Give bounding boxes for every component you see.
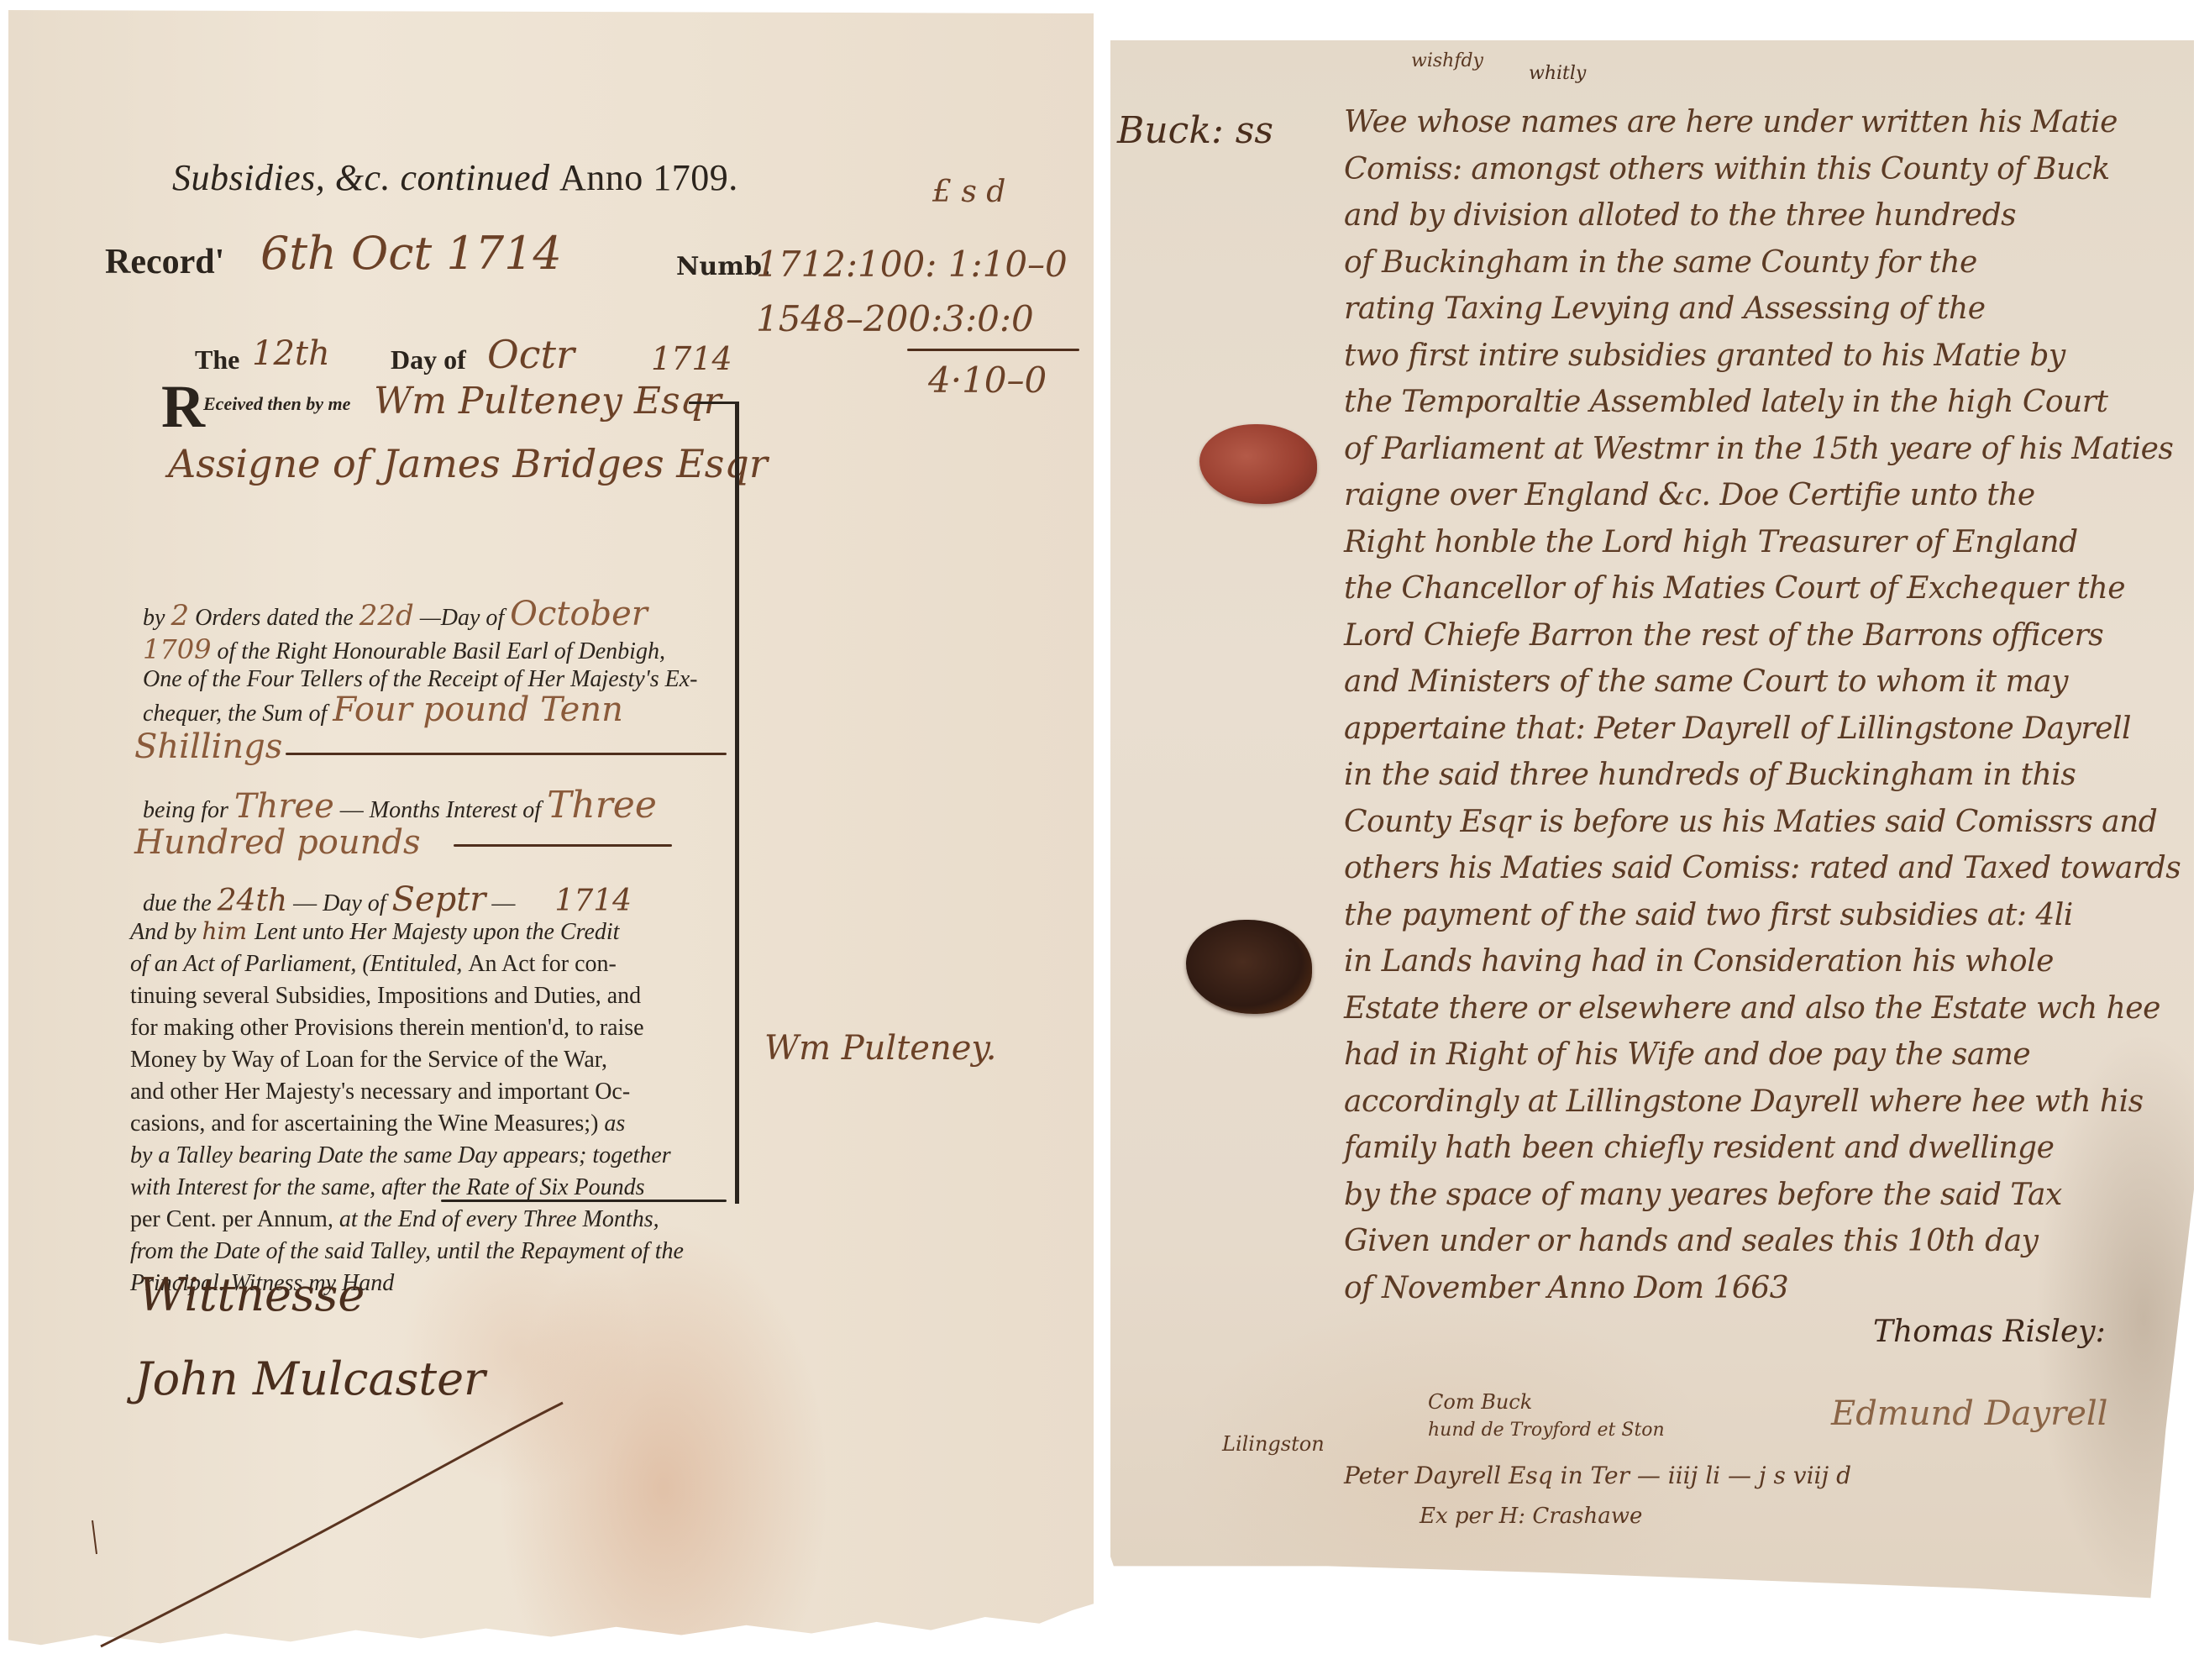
footer-entry: Peter Dayrell Esq in Ter — iiij li — j s… bbox=[1344, 1462, 1851, 1489]
manuscript-line: appertaine that: Peter Dayrell of Lillin… bbox=[1344, 711, 2131, 746]
act-text-line: Money by Way of Loan for the Service of … bbox=[130, 1044, 727, 1076]
manuscript-line: the Chancellor of his Maties Court of Ex… bbox=[1344, 571, 2125, 606]
manuscript-line: two first intire subsidies granted to hi… bbox=[1344, 339, 2065, 373]
manuscript-line: by the space of many yeares before the s… bbox=[1344, 1178, 2062, 1212]
manuscript-line: in Lands having had in Consideration his… bbox=[1344, 944, 2054, 979]
manuscript-line: Given under or hands and seales this 10t… bbox=[1344, 1224, 2039, 1258]
interest-rule bbox=[454, 844, 672, 847]
act-text-line: and other Her Majesty's necessary and im… bbox=[130, 1076, 727, 1108]
received-printed: Eceived then by me bbox=[203, 393, 350, 415]
manuscript-line: rating Taxing Levying and Assessing of t… bbox=[1344, 291, 1986, 326]
heading-year: Anno 1709. bbox=[559, 157, 738, 198]
manuscript-line: raigne over England &c. Doe Certifie unt… bbox=[1344, 478, 2035, 512]
account-row: 1712:100: 1:10–0 bbox=[756, 244, 1068, 285]
interest-amount: Hundred pounds bbox=[134, 823, 420, 862]
heading-italic: Subsidies, &c. continued bbox=[172, 157, 550, 198]
total-rule bbox=[907, 349, 1079, 351]
witness-label: Wittnesse bbox=[139, 1268, 365, 1321]
act-text-line: for making other Provisions therein ment… bbox=[130, 1012, 727, 1044]
day-of-label: Day of bbox=[391, 344, 466, 375]
document-heading: Subsidies, &c. continued Anno 1709. bbox=[172, 156, 738, 199]
orders-line-1: by 2 Orders dated the 22d —Day of Octobe… bbox=[143, 598, 648, 634]
manuscript-line: had in Right of his Wife and doe pay the… bbox=[1344, 1037, 2030, 1072]
drop-cap-r: R bbox=[161, 376, 205, 437]
act-text-line: And by him Lent unto Her Majesty upon th… bbox=[130, 916, 727, 948]
interlinear-note: wishfdy bbox=[1411, 50, 1483, 71]
county-margin: Buck: ss bbox=[1117, 109, 1273, 152]
footer-county: Com Buck bbox=[1428, 1390, 1532, 1414]
day-number: 12th bbox=[252, 334, 330, 373]
footer-exam: Ex per H: Crashawe bbox=[1420, 1504, 1642, 1529]
record-label: Record' bbox=[105, 242, 224, 282]
act-text-line: casions, and for ascertaining the Wine M… bbox=[130, 1108, 727, 1140]
manuscript-line: of November Anno Dom 1663 bbox=[1344, 1271, 1788, 1305]
day-year: 1714 bbox=[651, 340, 732, 377]
signature-risley: Thomas Risley: bbox=[1873, 1315, 2106, 1349]
frame-right-rule bbox=[735, 402, 739, 1204]
pulteney-signature: Wm Pulteney. bbox=[764, 1029, 996, 1068]
footer-place: Lilingston bbox=[1222, 1432, 1325, 1456]
manuscript-line: and Ministers of the same Court to whom … bbox=[1344, 664, 2068, 699]
manuscript-line: in the said three hundreds of Buckingham… bbox=[1344, 758, 2076, 792]
manuscript-line: accordingly at Lillingstone Dayrell wher… bbox=[1344, 1084, 2144, 1119]
manuscript-line: Lord Chiefe Barron the rest of the Barro… bbox=[1344, 618, 2103, 653]
manuscript-line: Comiss: amongst others within this Count… bbox=[1344, 152, 2110, 186]
manuscript-line: of Parliament at Westmr in the 15th year… bbox=[1344, 432, 2173, 466]
due-line: due the 24th — Day of Septr — 1714 bbox=[143, 884, 632, 920]
sum-shillings: Shillings bbox=[134, 727, 282, 766]
manuscript-line: family hath been chiefly resident and dw… bbox=[1344, 1131, 2054, 1165]
footer-hundred: hund de Troyford et Ston bbox=[1428, 1420, 1665, 1441]
day-month: Octr bbox=[487, 332, 575, 377]
act-text-line: by a Talley bearing Date the same Day ap… bbox=[130, 1140, 727, 1172]
manuscript-line: the payment of the said two first subsid… bbox=[1344, 898, 2073, 932]
act-text-line: from the Date of the said Talley, until … bbox=[130, 1236, 727, 1268]
witness-rule bbox=[441, 1200, 727, 1202]
manuscript-line: others his Maties said Comiss: rated and… bbox=[1344, 851, 2181, 885]
accounts-total: 4·10–0 bbox=[928, 360, 1047, 401]
orders-line-2: 1709 of the Right Honourable Basil Earl … bbox=[143, 633, 665, 668]
frame-top-rule bbox=[689, 402, 739, 404]
manuscript-line: County Esqr is before us his Maties said… bbox=[1344, 805, 2157, 839]
received-name: Wm Pulteney Esqr bbox=[374, 380, 722, 423]
assignee-name: Assigne of James Bridges Esqr bbox=[168, 441, 768, 486]
sum-rule bbox=[286, 753, 727, 755]
act-text-block: And by him Lent unto Her Majesty upon th… bbox=[130, 916, 727, 1299]
interlinear-note: whitly bbox=[1529, 63, 1586, 84]
pen-stroke bbox=[84, 1386, 588, 1663]
accounts-header: £ s d bbox=[932, 175, 1005, 209]
signature-dayrell: Edmund Dayrell bbox=[1831, 1394, 2107, 1433]
act-text-line: per Cent. per Annum, at the End of every… bbox=[130, 1204, 727, 1236]
manuscript-line: Wee whose names are here under written h… bbox=[1344, 105, 2118, 139]
act-text-line: tinuing several Subsidies, Impositions a… bbox=[130, 980, 727, 1012]
manuscript-line: of Buckingham in the same County for the bbox=[1344, 245, 1977, 280]
interest-line: being for Three — Months Interest of Thr… bbox=[143, 790, 657, 827]
orders-line-4: chequer, the Sum of Four pound Tenn bbox=[143, 694, 623, 730]
manuscript-line: Estate there or elsewhere and also the E… bbox=[1344, 991, 2160, 1026]
manuscript-line: and by division alloted to the three hun… bbox=[1344, 198, 2016, 233]
manuscript-line: Right honble the Lord high Treasurer of … bbox=[1344, 525, 2078, 559]
record-date: 6th Oct 1714 bbox=[260, 227, 562, 280]
account-row: 1548–200:3:0:0 bbox=[756, 298, 1034, 339]
manuscript-line: the Temporaltie Assembled lately in the … bbox=[1344, 385, 2107, 419]
act-text-line: of an Act of Parliament, (Entituled, An … bbox=[130, 948, 727, 980]
the-label: The bbox=[195, 344, 239, 375]
